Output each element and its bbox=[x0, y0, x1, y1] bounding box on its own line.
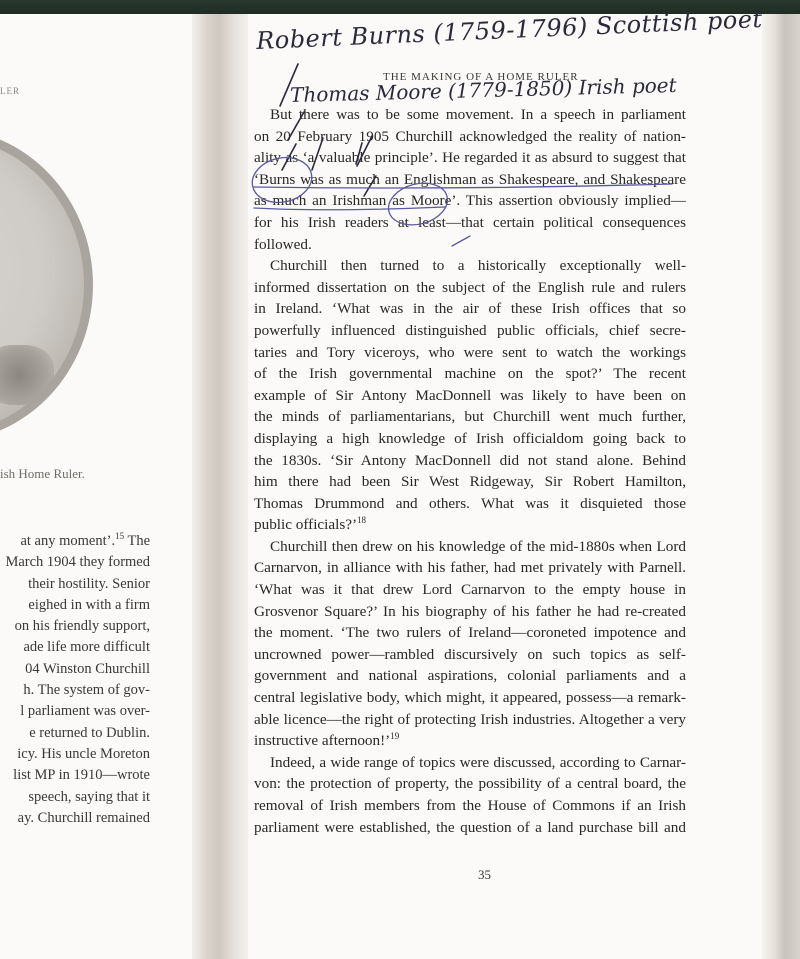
text-line: on 20 February 1905 Churchill acknowledg… bbox=[254, 126, 686, 148]
text-line: able licence—the right of protecting Iri… bbox=[254, 709, 686, 731]
text-line: powerfully influenced distinguished publ… bbox=[254, 320, 686, 342]
text-line: central legislative body, which might, i… bbox=[254, 687, 686, 709]
text-line: on his friendly support, bbox=[0, 616, 150, 637]
text-line: displaying a high knowledge of Irish off… bbox=[254, 428, 686, 450]
footnote-ref: 15 bbox=[115, 531, 124, 541]
text-line: uncrowned power—rambled discursively on … bbox=[254, 644, 686, 666]
left-page: LER ish Home Ruler. at any moment’.15 Th… bbox=[0, 14, 198, 959]
text-line: instructive afternoon!’19 bbox=[254, 730, 686, 752]
footnote-ref: 19 bbox=[390, 731, 399, 741]
text-line: the 1830s. ‘Sir Antony MacDonnell did no… bbox=[254, 450, 686, 472]
text-line: in Ireland. ‘What was in the air of thes… bbox=[254, 298, 686, 320]
text-line: ality as ‘a valuable principle’. He rega… bbox=[254, 147, 686, 169]
text-line: public officials?’18 bbox=[254, 514, 686, 536]
text-line: Grosvenor Square?’ In his biography of h… bbox=[254, 601, 686, 623]
page-number: 35 bbox=[478, 867, 491, 883]
text-line: parliament were established, the questio… bbox=[254, 817, 686, 839]
text-line: removal of Irish members from the House … bbox=[254, 795, 686, 817]
text-line: ‘What was it that drew Lord Carnarvon to… bbox=[254, 579, 686, 601]
text-line: Churchill then drew on his knowledge of … bbox=[254, 536, 686, 558]
body-text: But there was to be some movement. In a … bbox=[254, 104, 686, 838]
text-line: government and national aspirations, col… bbox=[254, 665, 686, 687]
book-gutter bbox=[192, 14, 252, 959]
text-line: for his Irish readers at least—that cert… bbox=[254, 212, 686, 234]
text-line: the moment. ‘The two rulers of Ireland—c… bbox=[254, 622, 686, 644]
text-line: followed. bbox=[254, 234, 686, 256]
photo-caption: ish Home Ruler. bbox=[0, 466, 85, 482]
text-line: But there was to be some movement. In a … bbox=[254, 104, 686, 126]
text-line: icy. His uncle Moreton bbox=[0, 744, 150, 765]
text-line: the minds of parliamentarians, but Churc… bbox=[254, 406, 686, 428]
text-line: e returned to Dublin. bbox=[0, 723, 150, 744]
text-line: ay. Churchill remained bbox=[0, 808, 150, 829]
left-page-text: at any moment’.15 The March 1904 they fo… bbox=[0, 531, 150, 829]
text-line: him there had been Sir West Ridgeway, Si… bbox=[254, 471, 686, 493]
text-line: informed dissertation on the subject of … bbox=[254, 277, 686, 299]
portrait-photo bbox=[0, 128, 93, 442]
text-line: Indeed, a wide range of topics were disc… bbox=[254, 752, 686, 774]
text-line: 04 Winston Churchill bbox=[0, 659, 150, 680]
text-line: list MP in 1910—wrote bbox=[0, 765, 150, 786]
left-running-head: LER bbox=[0, 86, 20, 96]
text-line: of the Irish governmental machine on the… bbox=[254, 363, 686, 385]
text-line: taries and Tory viceroys, who were sent … bbox=[254, 342, 686, 364]
text-line: l parliament was over- bbox=[0, 701, 150, 722]
text-line: speech, saying that it bbox=[0, 787, 150, 808]
text-line: Carnarvon, in alliance with his father, … bbox=[254, 557, 686, 579]
text-line: at any moment’.15 The bbox=[0, 531, 150, 552]
text-line: their hostility. Senior bbox=[0, 574, 150, 595]
text-line: Thomas Drummond and others. What was it … bbox=[254, 493, 686, 515]
text-line: example of Sir Antony MacDonnell was lik… bbox=[254, 385, 686, 407]
text-line: von: the protection of property, the pos… bbox=[254, 773, 686, 795]
text-line: ade life more difficult bbox=[0, 637, 150, 658]
page-edge bbox=[762, 14, 800, 959]
text-line: Churchill then turned to a historically … bbox=[254, 255, 686, 277]
text-line: ‘Burns was as much an Englishman as Shak… bbox=[254, 169, 686, 191]
footnote-ref: 18 bbox=[357, 515, 366, 525]
text-line: March 1904 they formed bbox=[0, 552, 150, 573]
text-line: h. The system of gov- bbox=[0, 680, 150, 701]
text-line: eighed in with a firm bbox=[0, 595, 150, 616]
text-line: as much an Irishman as Moore’. This asse… bbox=[254, 190, 686, 212]
